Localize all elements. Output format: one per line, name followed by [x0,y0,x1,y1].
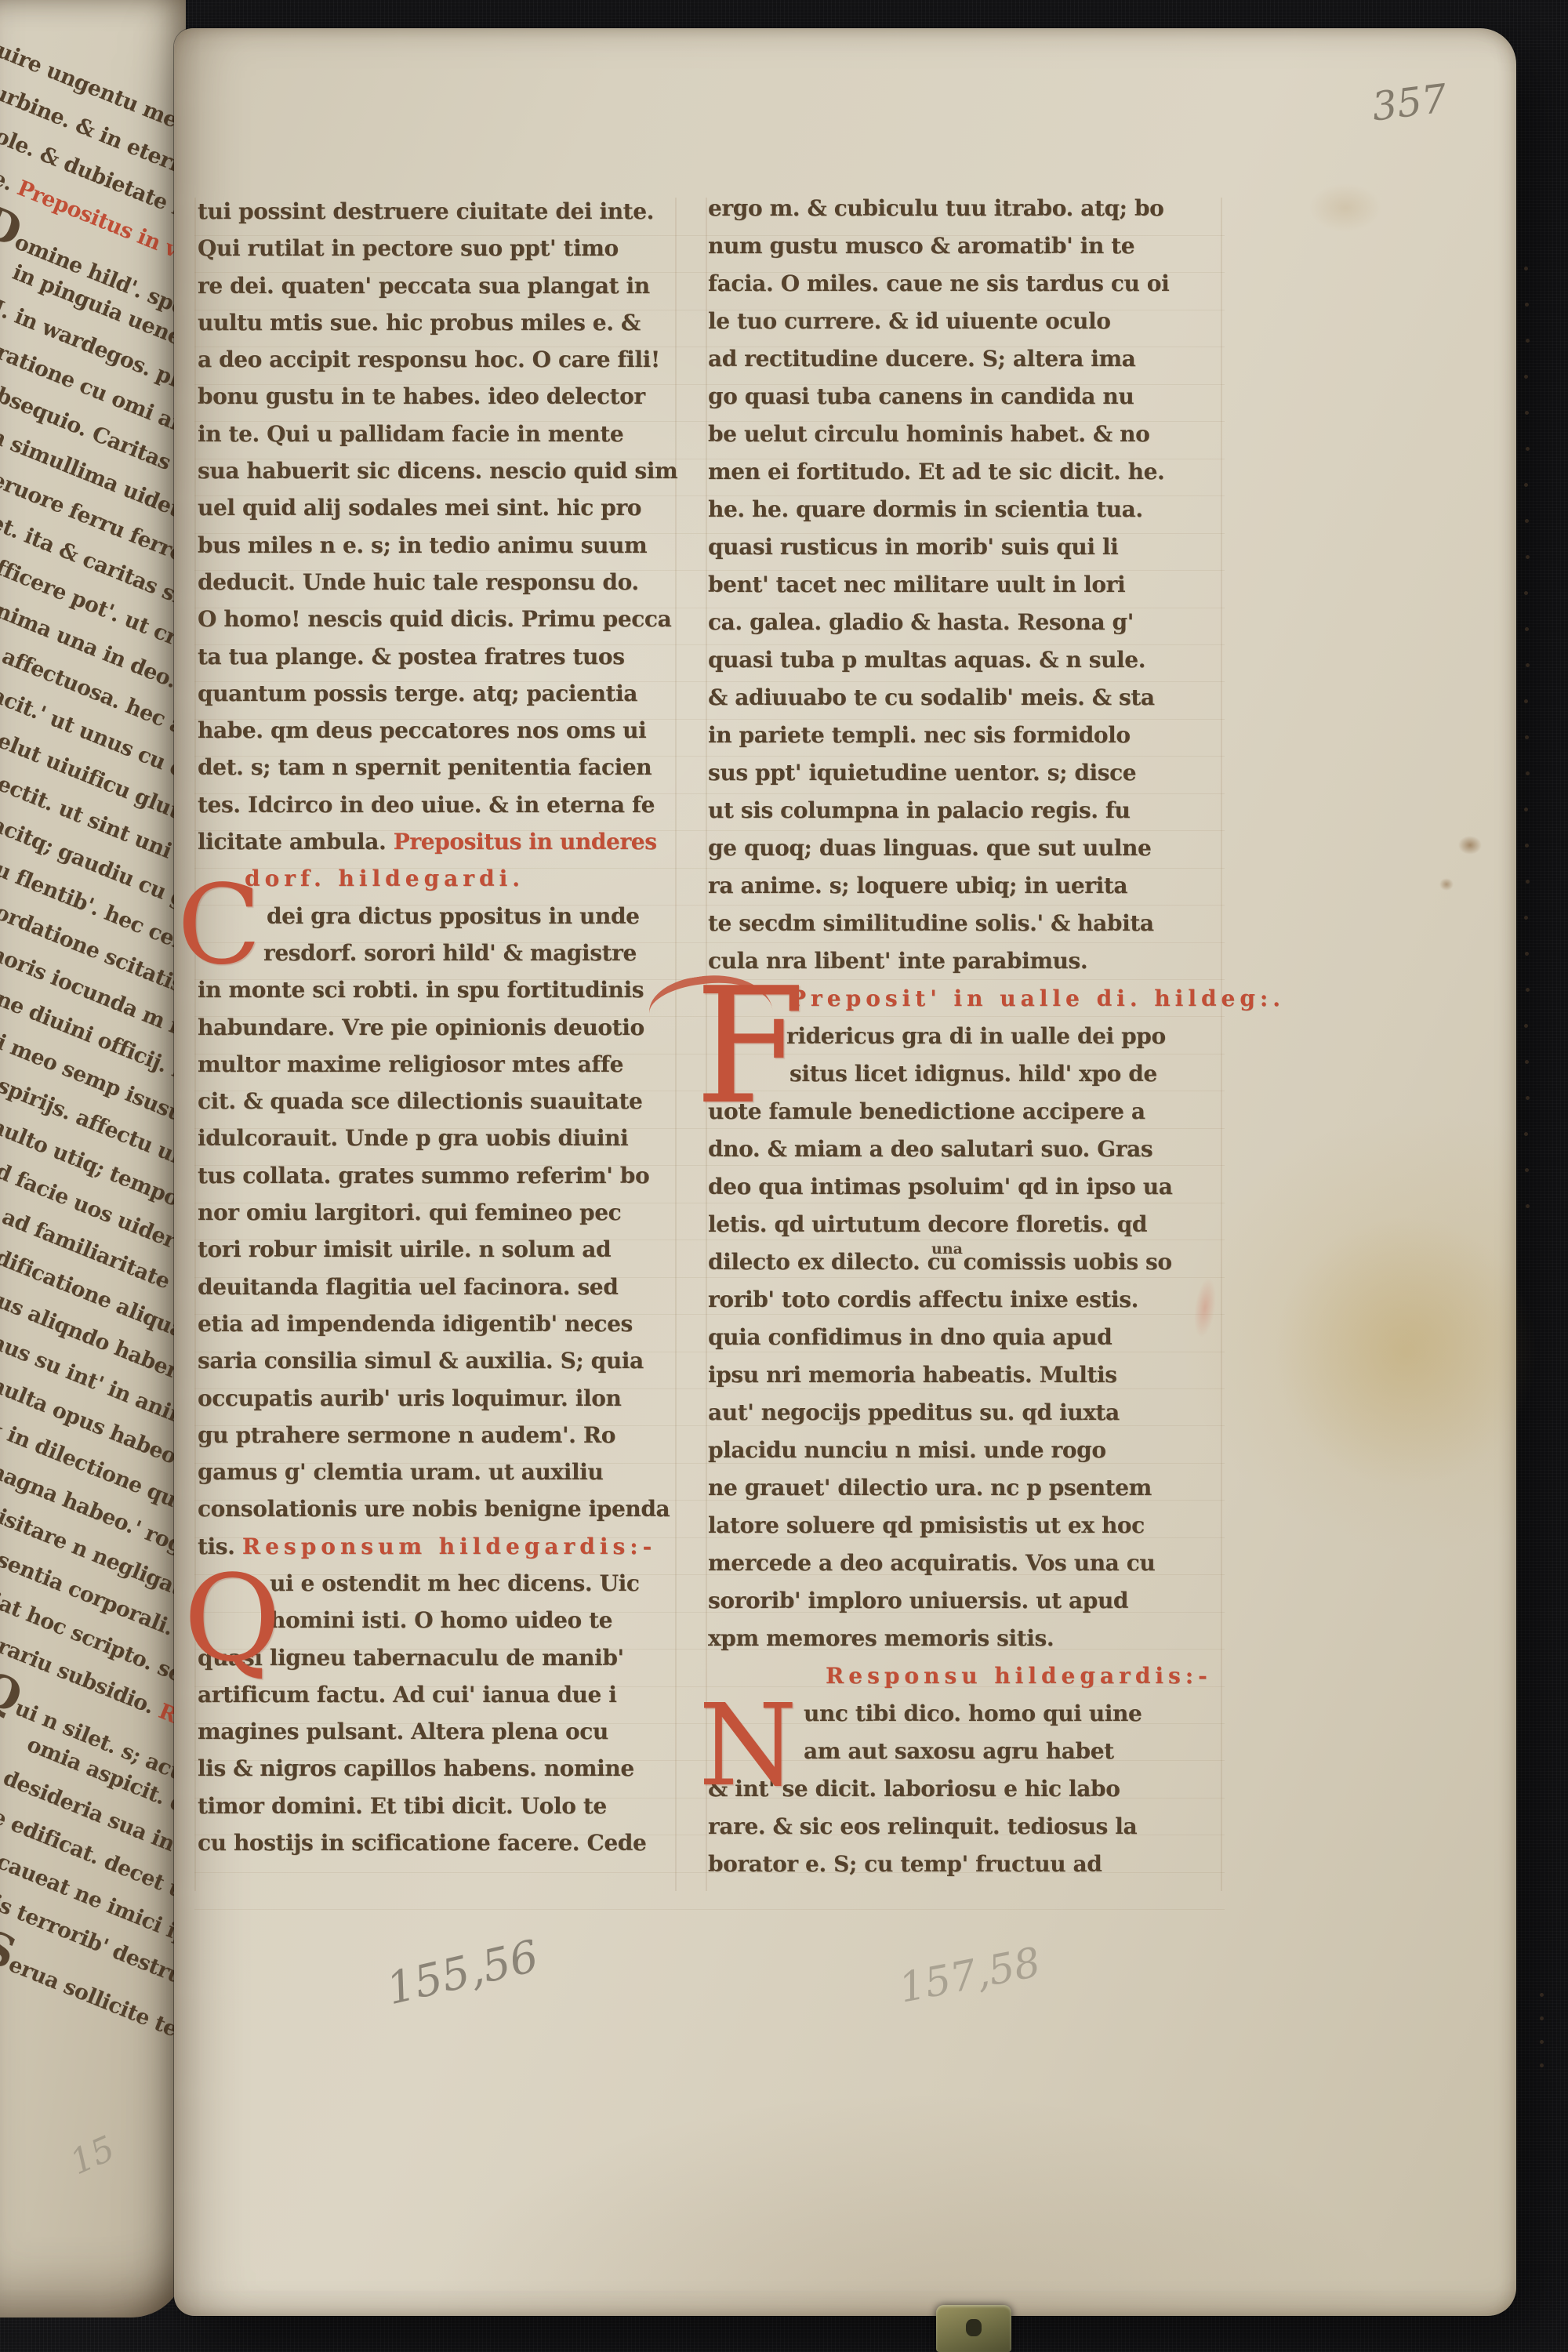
ink-text: tes. Idcirco in deo uiue. & in eterna fe [198,792,655,818]
text-line: occupatis aurib' uris loquimur. ilon [198,1380,679,1417]
ink-text: in pariete templi. nec sis formidolo [708,722,1131,748]
ink-text: letis. qd uirtutum decore floretis. qd [708,1211,1147,1237]
ink-text: cit. & quada sce dilectionis suauitate [198,1088,642,1114]
ink-text: situs licet idignus. hild' xpo de [789,1061,1157,1087]
ink-text: bus miles n e. s; in tedio animu suum [198,532,647,558]
rubric-text: Responsu hildegardis:- [826,1663,1212,1689]
ink-text: ne grauet' dilectio ura. nc p psentem [708,1475,1152,1501]
foxing-spot [1309,183,1381,232]
text-line: Qui rutilat in pectore suo ppt' timo [198,230,679,267]
ink-text: facia. O miles. caue ne sis tardus cu oi [708,270,1169,296]
text-line: men ei fortitudo. Et ad te sic dicit. he… [708,453,1227,491]
pricking-hole [1524,808,1528,811]
ink-text: timor domini. Et tibi dicit. Uolo te [198,1793,607,1819]
text-line: timor domini. Et tibi dicit. Uolo te [198,1788,679,1824]
ink-text: go quasi tuba canens in candida nu [708,383,1134,409]
text-line: bent' tacet nec militare uult in lori [708,566,1227,604]
text-line: licitate ambula. Prepositus in underes [198,823,679,860]
ink-text: uel quid alij sodales mei sint. hic pro [198,495,641,521]
ink-text: quia confidimus in dno quia apud [708,1324,1112,1350]
text-line: be uelut circulu hominis habet. & no [708,416,1227,453]
text-line: latore soluere qd pmisistis ut ex hoc [708,1507,1227,1544]
ink-text: occupatis aurib' uris loquimur. ilon [198,1385,621,1411]
text-line: dorf. hildegardi. [198,860,679,897]
text-line: placidu nunciu n misi. unde rogo [708,1432,1227,1469]
text-line: nor omiu largitori. qui femineo pec [198,1194,679,1231]
text-line: sus ppt' iquietudine uentor. s; disce [708,754,1227,792]
ink-text: tus collata. grates summo referim' bo [198,1163,649,1189]
text-line: quantum possis terge. atq; pacientia [198,675,679,712]
drop-cap-Q: Q [183,1573,281,1666]
pricking-hole [1540,2063,1544,2067]
text-line: ge quoq; duas linguas. que sut uulne [708,829,1227,867]
text-line: habe. qm deus peccatores nos oms ui [198,712,679,749]
ink-text: borator e. S; cu temp' fructuu ad [708,1851,1102,1877]
previous-page-strip: quire ungentu medicineturbine. & in eter… [0,0,186,2318]
ink-spot [1439,878,1454,891]
text-line: gamus g' clemtia uram. ut auxiliu [198,1454,679,1490]
ink-text: gamus g' clemtia uram. ut auxiliu [198,1459,603,1485]
pricking-hole [1524,591,1528,595]
ink-spot [1458,836,1482,855]
drop-cap-N: N [699,1701,797,1789]
ruled-line [194,1909,1225,1910]
text-line: resdorf. sorori hild' & magistre [198,935,679,971]
ink-text: te secdm similitudine solis.' & habita [708,910,1154,936]
ink-text: in te. Qui u pallidam facie in mente [198,421,623,447]
pricking-hole [1525,411,1529,415]
text-line: idulcorauit. Unde p gra uobis diuini [198,1120,679,1156]
text-line: sua habuerit sic dicens. nescio quid sim [198,452,679,489]
ink-text: he. he. quare dormis in scientia tua. [708,496,1143,522]
text-line: tori robur imisit uirile. n solum ad [198,1231,679,1268]
ink-text: gu ptrahere sermone n audem'. Ro [198,1422,615,1448]
ink-text: sus ppt' iquietudine uentor. s; disce [708,760,1136,786]
text-line: tui possint destruere ciuitate dei inte. [198,193,679,230]
ink-text: Qui rutilat in pectore suo ppt' timo [198,235,619,261]
text-line: xpm memores memoris sitis. [708,1620,1227,1657]
ink-text: homini isti. O homo uideo te [270,1607,612,1633]
text-line: O homo! nescis quid dicis. Primu pecca [198,601,679,637]
pricking-hole [1526,339,1530,343]
ink-text: xpm memores memoris sitis. [708,1625,1054,1651]
text-line: saria consilia simul & auxilia. S; quia [198,1342,679,1379]
ink-text: det. s; tam n spernit penitentia facien [198,754,652,780]
text-line: num gustu musco & aromatib' in te [708,227,1227,265]
ink-text: ad rectitudine ducere. S; altera ima [708,346,1135,372]
pricking-hole [1526,1204,1530,1208]
ink-text: sororib' imploro uniuersis. ut apud [708,1588,1128,1613]
ink-text: men ei fortitudo. Et ad te sic dicit. he… [708,459,1164,485]
pricking-hole [1526,880,1530,884]
text-line: ergo m. & cubiculu tuu itrabo. atq; bo [708,190,1227,227]
ink-text: am aut saxosu agru habet [804,1738,1114,1764]
text-line: etia ad impendenda idigentib' neces [198,1305,679,1342]
ink-text: ra anime. s; loquere ubiq; in uerita [708,873,1127,898]
text-line: uel quid alij sodales mei sint. hic pro [198,489,679,526]
pricking-hole [1524,699,1528,703]
ink-text: ut sis columpna in palacio regis. fu [708,797,1131,823]
ink-text: cu hostijs in scificatione facere. Cede [198,1830,646,1856]
text-line: in pariete templi. nec sis formidolo [708,717,1227,754]
pricking-hole [1525,844,1529,848]
ink-text: resdorf. sorori hild' & magistre [263,940,637,966]
ink-text: bent' tacet nec militare uult in lori [708,572,1125,597]
text-line: facia. O miles. caue ne sis tardus cu oi [708,265,1227,303]
ink-text: a deo accipit responsu hoc. O care fili! [198,347,660,372]
text-line: tes. Idcirco in deo uiue. & in eterna fe [198,786,679,823]
text-line: bus miles n e. s; in tedio animu suum [198,527,679,564]
pricking-hole [1525,303,1529,307]
text-line: uultu mtis sue. hic probus miles e. & [198,304,679,341]
ink-text: ui e ostendit m hec dicens. Uic [270,1570,640,1596]
text-line: sororib' imploro uniuersis. ut apud [708,1582,1227,1620]
text-line: ad rectitudine ducere. S; altera ima [708,340,1227,378]
text-line: go quasi tuba canens in candida nu [708,378,1227,416]
pricking-hole [1525,952,1529,956]
text-line: quasi tuba p multas aquas. & n sule. [708,641,1227,679]
text-line: ne grauet' dilectio ura. nc p psentem [708,1469,1227,1507]
ink-text: tui possint destruere ciuitate dei inte. [198,198,654,224]
text-line: mercede a deo acquiratis. Vos una cu [708,1544,1227,1582]
text-line: deo qua intimas psoluim' qd in ipso ua [708,1168,1227,1206]
text-line: lis & nigros capillos habens. nomine [198,1750,679,1787]
ink-text: etia ad impendenda idigentib' neces [198,1311,633,1337]
ink-text: sua habuerit sic dicens. nescio quid sim [198,458,677,484]
ink-text: ridericus gra di in ualle dei ppo [786,1023,1166,1049]
text-line: det. s; tam n spernit penitentia facien [198,749,679,786]
text-line: he. he. quare dormis in scientia tua. [708,491,1227,528]
ink-text: idulcorauit. Unde p gra uobis diuini [198,1125,628,1151]
text-line: ta tua plange. & postea fratres tuos [198,638,679,675]
ink-text: lis & nigros capillos habens. nomine [198,1755,634,1781]
text-line: multor maxime religiosor mtes affe [198,1046,679,1083]
text-line: deducit. Unde huic tale responsu do. [198,564,679,601]
ink-text: saria consilia simul & auxilia. S; quia [198,1348,644,1374]
ink-text: ta tua plange. & postea fratres tuos [198,644,625,670]
ink-text: aut' negocijs ppeditus su. qd iuxta [708,1399,1120,1425]
ink-text: habundare. Vre pie opinionis deuotio [198,1014,644,1040]
text-line: in te. Qui u pallidam facie in mente [198,416,679,452]
pricking-hole [1526,663,1530,667]
ink-text: placidu nunciu n misi. unde rogo [708,1437,1106,1463]
ink-text: rorib' toto cordis affectu inixe estis. [708,1287,1138,1312]
pricking-hole [1526,555,1530,559]
pricking-hole [1540,2016,1544,2020]
text-line: a deo accipit responsu hoc. O care fili! [198,341,679,378]
text-line: quasi rusticus in morib' suis qui li [708,528,1227,566]
text-line: rorib' toto cordis affectu inixe estis. [708,1281,1227,1319]
text-line: ipsu nri memoria habeatis. Multis [708,1356,1227,1394]
manuscript-photo: quire ungentu medicineturbine. & in eter… [0,0,1568,2352]
text-line: cu hostijs in scificatione facere. Cede [198,1824,679,1861]
ink-text: re dei. quaten' peccata sua plangat in [198,273,650,299]
text-line: rare. & sic eos relinquit. tediosus la [708,1808,1227,1846]
rubric-text: Preposit' in ualle di. hildeg:. [789,985,1285,1011]
pricking-hole [1524,375,1528,379]
ink-text: ergo m. & cubiculu tuu itrabo. atq; bo [708,195,1163,221]
book-clasp [936,2305,1011,2352]
text-line: re dei. quaten' peccata sua plangat in [198,267,679,304]
text-line: ra anime. s; loquere ubiq; in uerita [708,867,1227,905]
text-line: te secdm similitudine solis.' & habita [708,905,1227,942]
text-line: consolationis ure nobis benigne ipenda [198,1490,679,1527]
ink-text: tori robur imisit uirile. n solum ad [198,1236,611,1262]
ink-text: ipsu nri memoria habeatis. Multis [708,1362,1117,1388]
text-line: & adiuuabo te cu sodalib' meis. & sta [708,679,1227,717]
ink-text: rare. & sic eos relinquit. tediosus la [708,1813,1137,1839]
drop-cap-C: C [177,883,261,968]
ink-text: habe. qm deus peccatores nos oms ui [198,717,646,743]
ink-text: magines pulsant. Altera plena ocu [198,1719,608,1744]
pricking-hole [1524,1024,1528,1028]
ink-text: ca. galea. gladio & hasta. Resona g' [708,609,1134,635]
ink-text: dei gra dictus ppositus in unde [267,903,640,929]
text-line: tus collata. grates summo referim' bo [198,1157,679,1194]
text-line: letis. qd uirtutum decore floretis. qd [708,1206,1227,1243]
ink-text: be uelut circulu hominis habet. & no [708,421,1149,447]
ink-text: in monte sci robti. in spu fortitudinis [198,977,644,1003]
text-line: magines pulsant. Altera plena ocu [198,1713,679,1750]
ink-text: le tuo currere. & id uiuente oculo [708,308,1111,334]
ink-text: nor omiu largitori. qui femineo pec [198,1200,621,1225]
ink-text: & adiuuabo te cu sodalib' meis. & sta [708,684,1155,710]
pricking-hole [1524,1132,1528,1136]
pricking-hole [1540,2040,1544,2044]
pricking-hole [1526,771,1530,775]
pricking-hole [1525,735,1529,739]
text-line: aut' negocijs ppeditus su. qd iuxta [708,1394,1227,1432]
text-line: dilecto ex dilecto. cu comissis uobis so [708,1243,1227,1281]
text-line: deuitanda flagitia uel facinora. sed [198,1269,679,1305]
pricking-hole [1525,627,1529,631]
text-line: quia confidimus in dno quia apud [708,1319,1227,1356]
text-line: cit. & quada sce dilectionis suauitate [198,1083,679,1120]
pricking-hole [1524,916,1528,920]
ink-text: num gustu musco & aromatib' in te [708,233,1134,259]
text-line: dei gra dictus ppositus in unde [198,898,679,935]
text-line: le tuo currere. & id uiuente oculo [708,303,1227,340]
ink-text: ge quoq; duas linguas. que sut uulne [708,835,1151,861]
folio-number: 357 [1370,75,1450,129]
pricking-hole [1526,1096,1530,1100]
ink-text: deo qua intimas psoluim' qd in ipso ua [708,1174,1172,1200]
ink-text: uultu mtis sue. hic probus miles e. & [198,310,641,336]
pricking-hole [1526,447,1530,451]
ink-text: deuitanda flagitia uel facinora. sed [198,1274,618,1300]
ink-text: mercede a deo acquiratis. Vos una cu [708,1550,1155,1576]
ink-text: unc tibi dico. homo qui uine [804,1700,1142,1726]
text-line: gu ptrahere sermone n audem'. Ro [198,1417,679,1454]
text-line: borator e. S; cu temp' fructuu ad [708,1846,1227,1883]
pricking-hole [1524,267,1528,270]
text-line: ca. galea. gladio & hasta. Resona g' [708,604,1227,641]
pricking-hole [1525,519,1529,523]
ink-text: latore soluere qd pmisistis ut ex hoc [708,1512,1145,1538]
interlinear-gloss: una [931,1240,963,1258]
pricking-hole [1526,988,1530,992]
ink-text: deducit. Unde huic tale responsu do. [198,569,639,595]
ink-text: quantum possis terge. atq; pacientia [198,681,637,706]
ink-text: bonu gustu in te habes. ideo delector [198,383,645,409]
pricking-hole [1540,1993,1544,1997]
rubric-text: dorf. hildegardi. [245,866,524,891]
ink-text: quasi tuba p multas aquas. & n sule. [708,647,1145,673]
pricking-hole [1524,483,1528,487]
rubric-text: Prepositus in underes [394,829,657,855]
text-line: in monte sci robti. in spu fortitudinis [198,971,679,1008]
rubric-text: Responsum hildegardis:- [242,1534,656,1559]
text-line: bonu gustu in te habes. ideo delector [198,378,679,415]
parchment-stain [1275,1217,1537,1486]
pricking-hole [1525,1060,1529,1064]
ink-text: multor maxime religiosor mtes affe [198,1051,623,1077]
pricking-hole [1525,1168,1529,1172]
ink-text: licitate ambula. [198,829,394,855]
text-line: habundare. Vre pie opinionis deuotio [198,1009,679,1046]
ink-text: consolationis ure nobis benigne ipenda [198,1496,670,1522]
ink-text: quasi rusticus in morib' suis qui li [708,534,1118,560]
text-line: ut sis columpna in palacio regis. fu [708,792,1227,829]
ink-text: O homo! nescis quid dicis. Primu pecca [198,606,671,632]
